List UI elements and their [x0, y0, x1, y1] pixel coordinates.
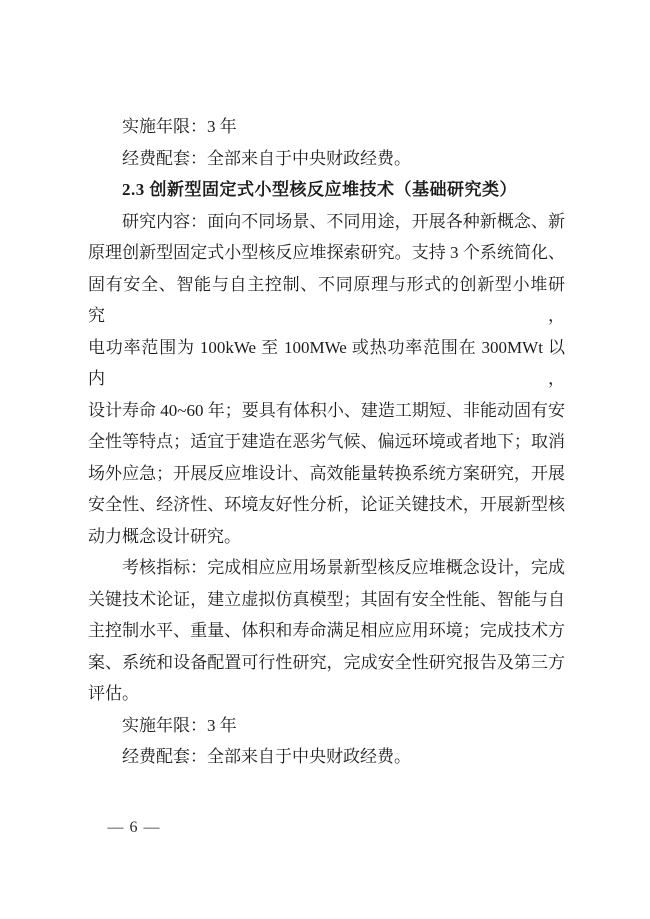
text-line: 原理创新型固定式小型核反应堆探索研究。支持 3 个系统简化、	[88, 237, 565, 269]
text-line: 案、系统和设备配置可行性研究，完成安全性研究报告及第三方	[88, 647, 565, 679]
paragraph: 考核指标：完成相应应用场景新型核反应堆概念设计，完成关键技术论证，建立虚拟仿真模…	[88, 552, 565, 710]
text-line: 场外应急；开展反应堆设计、高效能量转换系统方案研究，开展	[88, 458, 565, 490]
text-line: 经费配套：全部来自于中央财政经费。	[88, 143, 565, 175]
text-line: 设计寿命 40~60 年；要具有体积小、建造工期短、非能动固有安	[88, 395, 565, 427]
text-line: 评估。	[88, 678, 565, 710]
paragraph: 实施年限：3 年	[88, 710, 565, 742]
text-line: 关键技术论证，建立虚拟仿真模型；其固有安全性能、智能与自	[88, 584, 565, 616]
section-heading: 2.3 创新型固定式小型核反应堆技术（基础研究类）	[88, 174, 565, 206]
text-line: 电功率范围为 100kWe 至 100MWe 或热功率范围在 300MWt 以内…	[88, 332, 565, 395]
page-number: — 6 —	[104, 816, 164, 840]
text-line: 固有安全、智能与自主控制、不同原理与形式的创新型小堆研究，	[88, 269, 565, 332]
document-body: 实施年限：3 年经费配套：全部来自于中央财政经费。2.3 创新型固定式小型核反应…	[88, 111, 565, 773]
text-line: 考核指标：完成相应应用场景新型核反应堆概念设计，完成	[88, 552, 565, 584]
text-line: 实施年限：3 年	[88, 111, 565, 143]
text-line: 经费配套：全部来自于中央财政经费。	[88, 741, 565, 773]
paragraph: 经费配套：全部来自于中央财政经费。	[88, 741, 565, 773]
text-line: 研究内容：面向不同场景、不同用途，开展各种新概念、新	[88, 206, 565, 238]
text-line: 实施年限：3 年	[88, 710, 565, 742]
document-page: 实施年限：3 年经费配套：全部来自于中央财政经费。2.3 创新型固定式小型核反应…	[0, 0, 650, 919]
paragraph: 研究内容：面向不同场景、不同用途，开展各种新概念、新原理创新型固定式小型核反应堆…	[88, 206, 565, 553]
text-line: 主控制水平、重量、体积和寿命满足相应应用环境；完成技术方	[88, 615, 565, 647]
paragraph: 经费配套：全部来自于中央财政经费。	[88, 143, 565, 175]
text-line: 安全性、经济性、环境友好性分析，论证关键技术，开展新型核	[88, 489, 565, 521]
text-line: 全性等特点；适宜于建造在恶劣气候、偏远环境或者地下；取消	[88, 426, 565, 458]
paragraph: 实施年限：3 年	[88, 111, 565, 143]
text-line: 2.3 创新型固定式小型核反应堆技术（基础研究类）	[88, 174, 565, 206]
text-line: 动力概念设计研究。	[88, 521, 565, 553]
